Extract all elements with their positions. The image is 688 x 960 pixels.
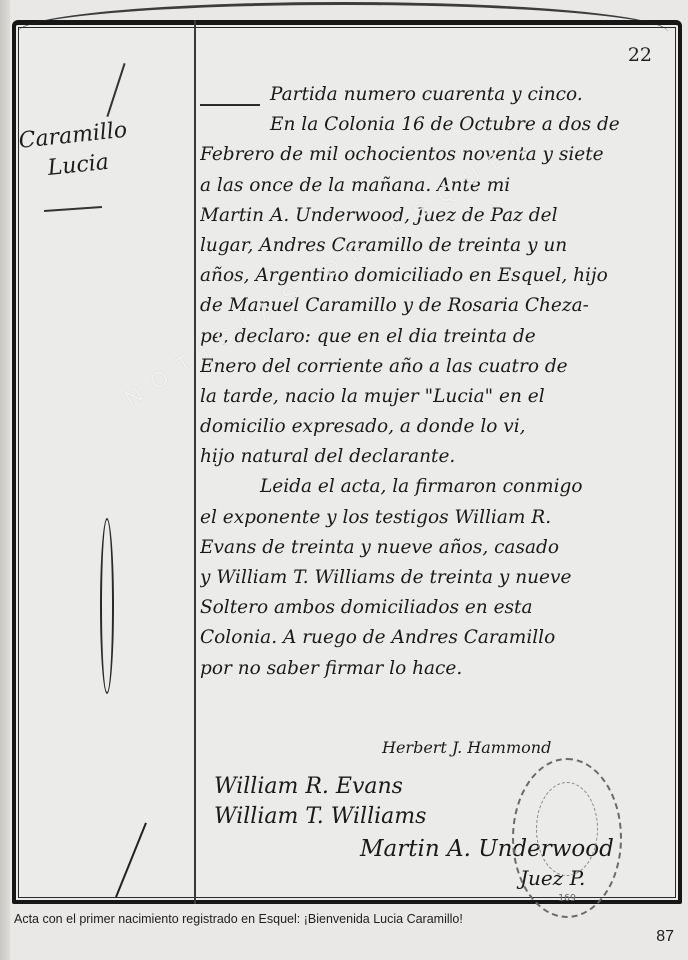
entry-line: Enero del corriente año a las cuatro de — [200, 352, 678, 382]
entry-line: Colonia. A ruego de Andres Caramillo — [200, 623, 678, 653]
signature-evans: William R. Evans — [214, 774, 403, 799]
official-seal-stamp: 169 — [512, 758, 622, 918]
signature-hammond: Herbert J. Hammond — [382, 738, 551, 757]
birth-record-entry: Partida numero cuarenta y cinco. En la C… — [200, 80, 678, 684]
page-number: 87 — [656, 928, 674, 946]
entry-line: Febrero de mil ochocientos noventa y sie… — [200, 140, 678, 170]
entry-line: a las once de la mañana. Ante mi — [200, 171, 678, 201]
register-top-border — [18, 2, 668, 32]
seal-number: 169 — [514, 893, 620, 904]
entry-heading: Partida numero cuarenta y cinco. — [200, 80, 678, 110]
margin-flourish-mark — [100, 518, 114, 694]
entry-line: Soltero ambos domiciliados en esta — [200, 593, 678, 623]
entry-line: años, Argentino domiciliado en Esquel, h… — [200, 261, 678, 291]
entry-line: por no saber firmar lo hace. — [200, 654, 678, 684]
entry-line: pe, declaro: que en el dia treinta de — [200, 322, 678, 352]
entry-line: domicilio expresado, a donde lo vi, — [200, 412, 678, 442]
entry-line: y William T. Williams de treinta y nueve — [200, 563, 678, 593]
entry-line: la tarde, nacio la mujer "Lucia" en el — [200, 382, 678, 412]
entry-line: de Manuel Caramillo y de Rosaria Cheza- — [200, 291, 678, 321]
entry-line: Evans de treinta y nueve años, casado — [200, 533, 678, 563]
entry-line: Leida el acta, la firmaron conmigo — [200, 472, 678, 502]
entry-line: lugar, Andres Caramillo de treinta y un — [200, 231, 678, 261]
book-page-edge — [0, 0, 10, 960]
entry-line: hijo natural del declarante. — [200, 442, 678, 472]
folio-number: 22 — [628, 44, 652, 66]
entry-line: Martin A. Underwood, Juez de Paz del — [200, 201, 678, 231]
margin-rule-line — [194, 20, 196, 904]
entry-line: el exponente y los testigos William R. — [200, 503, 678, 533]
figure-caption: Acta con el primer nacimiento registrado… — [14, 912, 463, 926]
signature-williams: William T. Williams — [214, 804, 426, 829]
entry-line: En la Colonia 16 de Octubre a dos de — [200, 110, 678, 140]
